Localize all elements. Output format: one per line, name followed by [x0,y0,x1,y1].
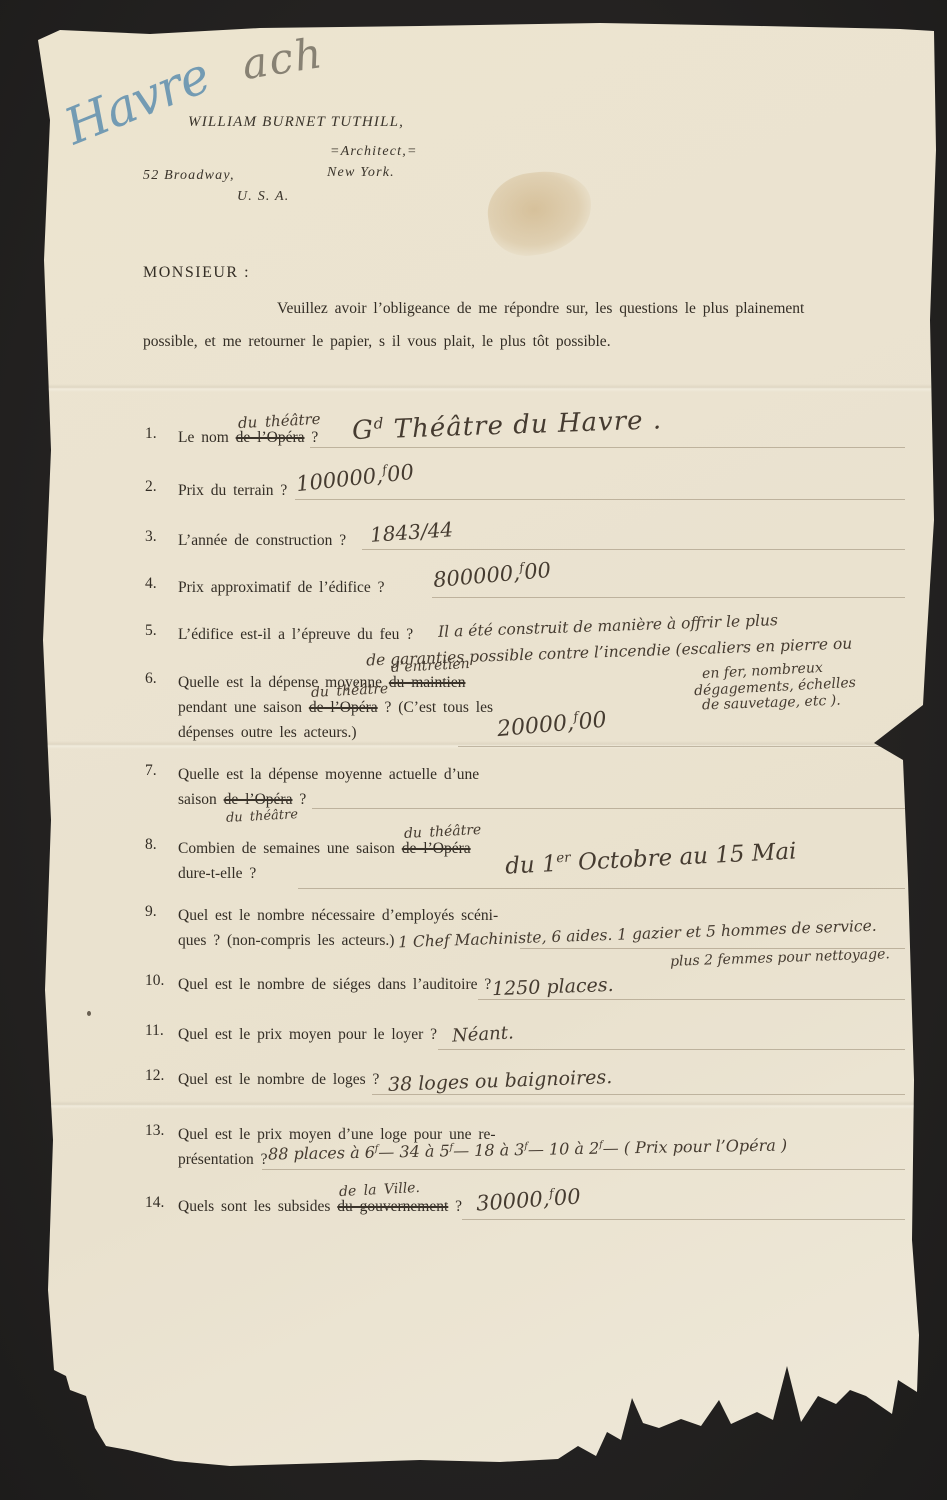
intro-line-1: Veuillez avoir l’obligeance de me répond… [277,300,804,318]
question-text: Combien de semaines une saison de l’Opér… [178,836,471,886]
salutation: MONSIEUR : [143,264,250,282]
question-text: Quels sont les subsides du gouvernementd… [178,1194,462,1219]
document-paper: ach Havre WILLIAM BURNET TUTHILL, =Archi… [0,0,947,1500]
handwritten-insertion: de la Ville. [339,1176,421,1205]
intro-line-2: possible, et me retourner le papier, s i… [143,333,611,351]
handwritten-insertion: du théâtre [403,818,482,847]
corrected-text: de l’Opéradu théâtre [236,429,305,446]
blue-pencil-annotation: Havre [57,46,218,156]
answer-rule-line [295,499,905,500]
ink-dot [87,1011,91,1016]
answer-rule-line [362,549,905,550]
paper-stain [483,165,597,261]
handwritten-answer: 38 loges ou baignoires. [388,1066,613,1096]
handwritten-answer: 1250 places. [492,974,614,1000]
fold-crease [42,1101,931,1109]
answer-rule-line [432,597,905,598]
question-number: 6. [145,670,157,688]
letterhead-country: U. S. A. [237,189,290,205]
letterhead-address: 52 Broadway, [143,168,235,184]
question-number: 14. [145,1194,164,1212]
question-item-5: 5.L’édifice est-il a l’épreuve du feu ?I… [145,622,413,647]
handwritten-insertion: d’entretien [390,652,470,681]
question-number: 3. [145,528,157,546]
answer-rule-line [458,746,905,747]
question-number: 12. [145,1067,164,1085]
question-item-9: 9.Quel est le nombre nécessaire d’employ… [145,903,498,953]
question-item-2: 2.Prix du terrain ?100000,f00 [145,478,287,503]
question-text: Prix approximatif de l’édifice ? [178,575,385,600]
question-number: 1. [145,425,157,443]
corrected-text: de l’Opéradu théâtre [402,840,471,857]
question-text: Prix du terrain ? [178,478,287,503]
handwritten-answer: de sauvetage, etc ). [702,693,841,714]
answer-rule-line [298,888,905,889]
corrected-text: de l’Opéradu théâtre [309,699,378,716]
pencil-annotation: ach [239,28,327,89]
question-number: 9. [145,903,157,921]
answer-rule-line [520,948,905,949]
corrected-text: du maintiend’entretien [389,674,466,691]
question-item-13: 13.Quel est le prix moyen d’une loge pou… [145,1122,496,1172]
answer-rule-line [262,1169,905,1170]
question-text: Quelle est la dépense moyenne actuelle d… [178,762,479,812]
question-number: 7. [145,762,157,780]
handwritten-insertion: du théâtre [225,802,298,831]
letterhead-title: =Architect,= [330,144,418,160]
answer-rule-line [310,447,905,448]
handwritten-answer: 20000,f00 [496,707,608,742]
handwritten-insertion: du théâtre [310,677,389,706]
handwritten-answer: plus 2 femmes pour nettoyage. [670,946,890,970]
question-number: 11. [145,1022,164,1040]
question-text: Quel est le nombre de loges ? [178,1067,379,1092]
question-item-11: 11.Quel est le prix moyen pour le loyer … [145,1022,437,1047]
photo-background: ach Havre WILLIAM BURNET TUTHILL, =Archi… [0,0,947,1500]
corrected-text: du gouvernementde la Ville. [337,1198,448,1215]
handwritten-insertion: du théâtre [237,407,321,436]
handwritten-answer: 800000,f00 [432,558,552,592]
handwritten-answer: 100000,f00 [295,460,415,496]
question-number: 5. [145,622,157,640]
handwritten-answer: Néant. [451,1022,514,1046]
answer-rule-line [372,1094,905,1095]
letterhead-name: WILLIAM BURNET TUTHILL, [188,114,404,131]
question-number: 13. [145,1122,164,1140]
question-number: 8. [145,836,157,854]
question-item-3: 3.L’année de construction ?1843/44 [145,528,346,553]
answer-rule-line [312,808,905,809]
question-text: Quel est le nombre de siéges dans l’audi… [178,972,491,997]
fold-crease [42,384,931,392]
question-number: 4. [145,575,157,593]
question-item-14: 14.Quels sont les subsides du gouverneme… [145,1194,462,1219]
question-item-12: 12.Quel est le nombre de loges ?38 loges… [145,1067,379,1092]
question-item-6: 6.Quelle est la dépense moyenne du maint… [145,670,493,745]
answer-rule-line [478,999,905,1000]
question-item-7: 7.Quelle est la dépense moyenne actuelle… [145,762,479,812]
handwritten-answer: Il a été construit de manière à offrir l… [438,611,778,641]
letterhead-city: New York. [327,165,395,181]
answer-rule-line [462,1219,905,1220]
handwritten-answer: 30000,f00 [475,1184,581,1215]
question-text: Quel est le prix moyen pour le loyer ? [178,1022,437,1047]
answer-rule-line [438,1049,905,1050]
question-text: L’édifice est-il a l’épreuve du feu ? [178,622,413,647]
corrected-text: de l’Opéradu théâtre [224,791,293,808]
question-number: 10. [145,972,164,990]
handwritten-answer: du 1er Octobre au 15 Mai [505,838,798,879]
question-text: L’année de construction ? [178,528,346,553]
question-item-4: 4.Prix approximatif de l’édifice ?800000… [145,575,385,600]
question-item-8: 8.Combien de semaines une saison de l’Op… [145,836,471,886]
handwritten-answer: Gd Théâtre du Havre . [352,405,663,446]
question-item-1: 1.Le nom de l’Opéradu théâtre ?Gd Théâtr… [145,425,318,450]
question-text: Le nom de l’Opéradu théâtre ? [178,425,318,450]
question-item-10: 10.Quel est le nombre de siéges dans l’a… [145,972,491,997]
question-number: 2. [145,478,157,496]
question-text: Quelle est la dépense moyenne du maintie… [178,670,493,745]
handwritten-answer: 1843/44 [369,517,454,547]
